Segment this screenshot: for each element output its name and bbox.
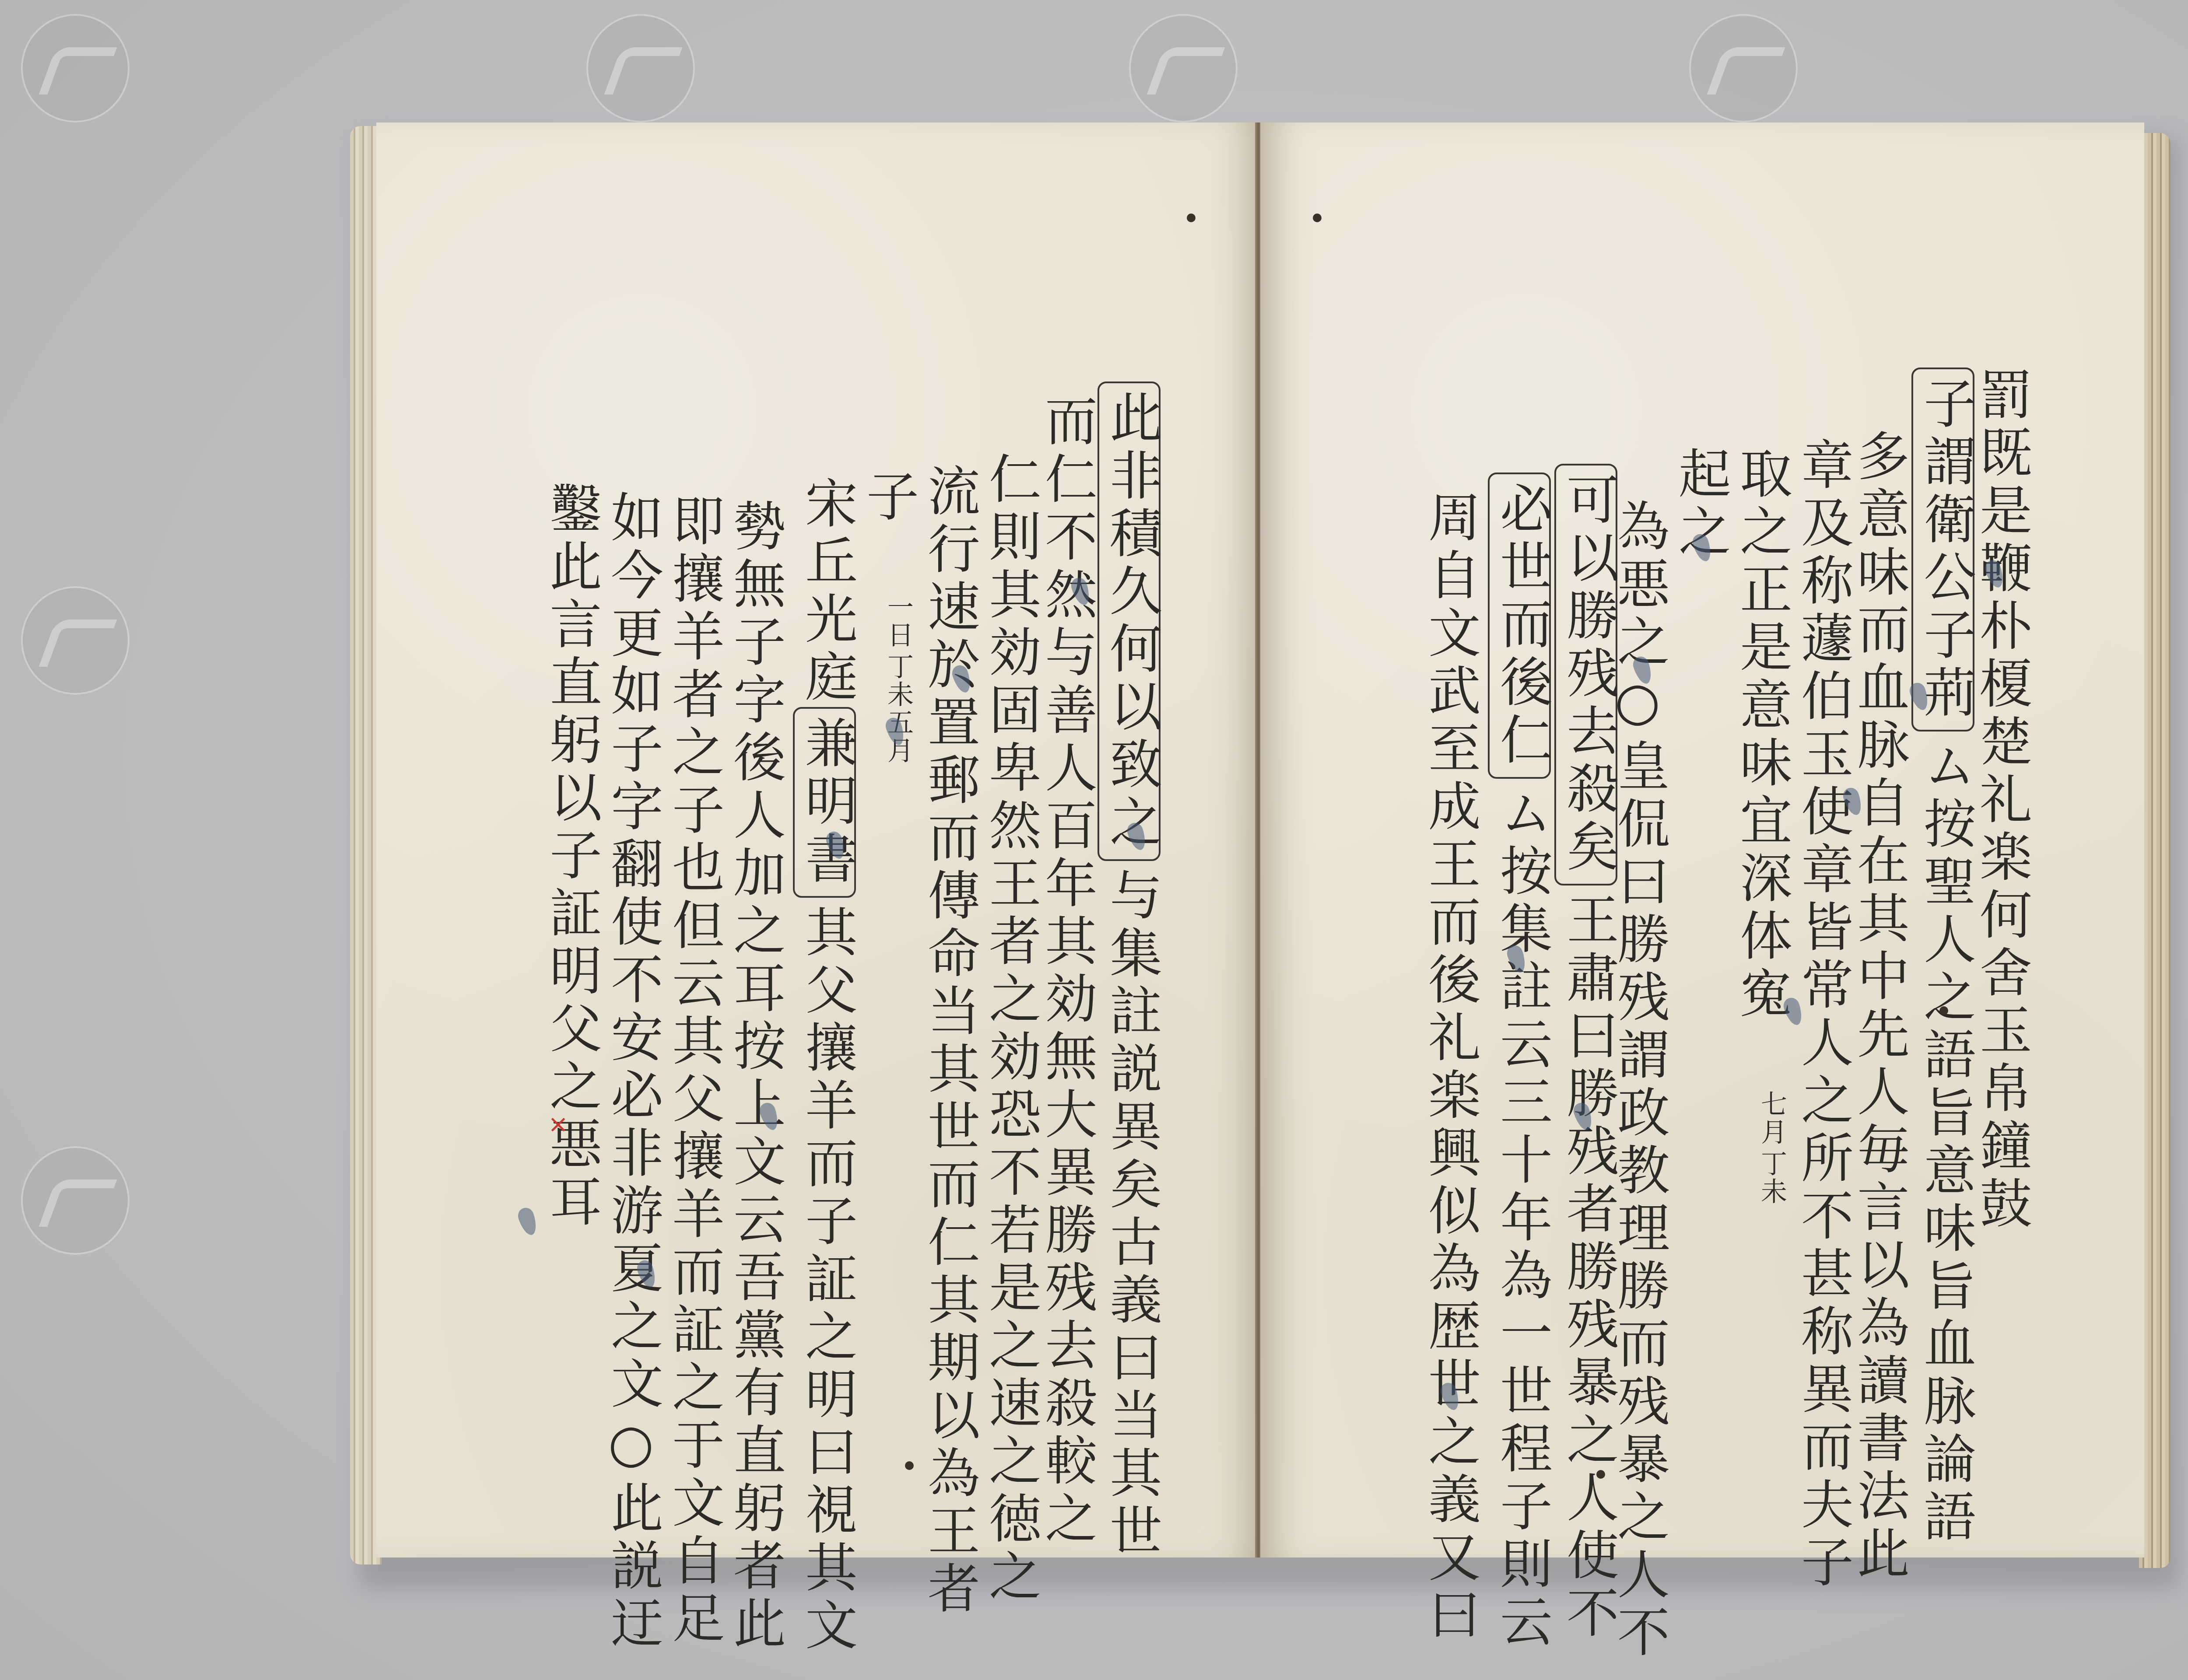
- text-column: 罰既是鞭朴榎楚礼楽何舍玉帛鐘鼓: [1973, 367, 2025, 1234]
- text-column: 如今更如子字翻使不安必非游夏之文○此説迂: [604, 490, 656, 1654]
- interlinear-note: 丁未 七月: [1759, 1090, 1785, 1206]
- binding-hole: [1187, 213, 1196, 222]
- boxed-heading: 可以勝残去殺矣: [1554, 464, 1617, 885]
- binding-hole: [905, 1461, 914, 1470]
- text-column: 勢無子字後人加之耳按上文云吾黨有直躬者此: [726, 499, 779, 1654]
- text-column: 子謂衛公子荊ム按聖人之語旨意味旨血脉論語: [1911, 367, 1974, 1547]
- left-page: 此非積久何以致之与集註説異矣古義曰当其世 而仁不然与善人百年其効無大異勝残去殺較…: [376, 122, 1260, 1557]
- text-column: 流行速於置郵而傳命当其世而仁其期以為王者: [921, 464, 973, 1619]
- text-column: 而仁不然与善人百年其効無大異勝残去殺較之: [1038, 394, 1090, 1549]
- boxed-heading: 此非積久何以致之: [1098, 381, 1161, 861]
- text-column: 即攘羊者之子也但云其父攘羊而証之于文自足: [665, 493, 718, 1648]
- red-correction-mark: ×: [548, 1111, 568, 1139]
- text-column: 可以勝残去殺矣王肅曰勝残者勝残暴之人使不: [1554, 464, 1617, 1643]
- watermark-logo-icon: [21, 14, 130, 122]
- right-page: 罰既是鞭朴榎楚礼楽何舍玉帛鐘鼓 子謂衛公子荊ム按聖人之語旨意味旨血脉論語 多意味…: [1260, 122, 2144, 1557]
- text-column: 必世而後仁ム按集註云三十年為一世程子則云: [1488, 472, 1551, 1652]
- binding-hole: [1313, 213, 1322, 222]
- ink-blot: [516, 1206, 540, 1237]
- binding-hole: [1596, 1470, 1605, 1479]
- watermark-logo-icon: [586, 14, 695, 122]
- text-column: 子 丁未五月 一日: [859, 469, 912, 765]
- text-column: 仁則其効固卑然王者之効恐不若是之速之徳之: [982, 451, 1034, 1606]
- binding-hole: [1939, 1006, 1948, 1015]
- text-column: 取之正是意味宜深体寃 丁未 七月: [1733, 446, 1785, 1206]
- text-column: 此非積久何以致之与集註説異矣古義曰当其世: [1098, 381, 1161, 1561]
- text-column: 多意味而血脉自在其中先人毎言以為讀書法此: [1850, 429, 1903, 1584]
- watermark-logo-icon: [21, 1146, 130, 1255]
- photo-stage: 此非積久何以致之与集註説異矣古義曰当其世 而仁不然与善人百年其効無大異勝残去殺較…: [0, 0, 2188, 1680]
- text-column: 周自文武至成王而後礼楽興似為歴世之義又曰: [1421, 490, 1474, 1645]
- boxed-heading: 必世而後仁: [1488, 472, 1551, 779]
- watermark-logo-icon: [1689, 14, 1798, 122]
- watermark-logo-icon: [1129, 14, 1238, 122]
- text-column: 章及称蘧伯玉使章皆常人之所不甚称異而夫子: [1794, 437, 1847, 1592]
- watermark-logo-icon: [21, 586, 130, 695]
- boxed-heading: 子謂衛公子荊: [1911, 367, 1974, 731]
- text-column: 宋丘光庭兼明書其父攘羊而子証之明曰視其文: [793, 476, 856, 1655]
- boxed-heading: 兼明書: [793, 707, 856, 898]
